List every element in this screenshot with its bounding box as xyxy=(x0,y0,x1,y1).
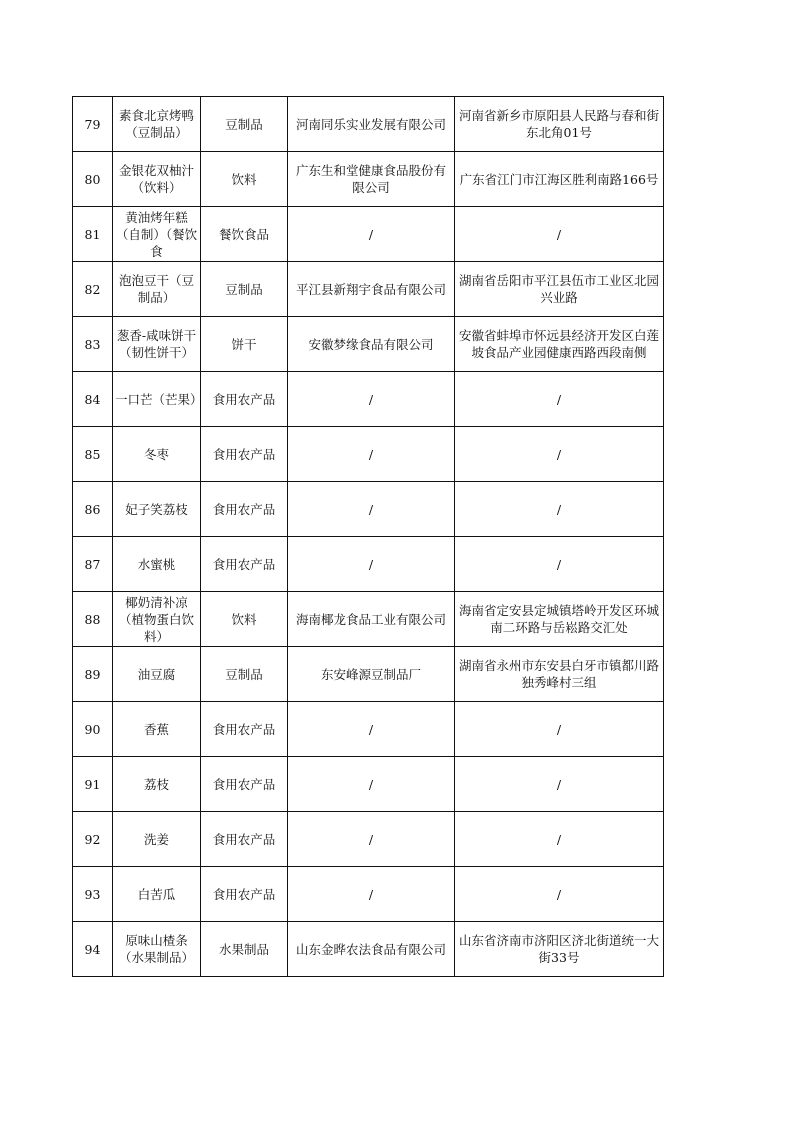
cell-food-category: 食用农产品 xyxy=(201,372,288,427)
cell-serial-number: 84 xyxy=(73,372,113,427)
cell-food-category: 食用农产品 xyxy=(201,537,288,592)
cell-manufacturer-address: 山东省济南市济阳区济北街道统一大街33号 xyxy=(455,922,664,977)
table-row: 86 妃子笑荔枝 食用农产品 / / xyxy=(73,482,664,537)
cell-food-name: 金银花双柚汁（饮料） xyxy=(113,152,201,207)
cell-food-category: 食用农产品 xyxy=(201,482,288,537)
table-row: 94 原味山楂条（水果制品） 水果制品 山东金晔农法食品有限公司 山东省济南市济… xyxy=(73,922,664,977)
cell-manufacturer: 东安峰源豆制品厂 xyxy=(288,647,455,702)
cell-manufacturer-address: 广东省江门市江海区胜利南路166号 xyxy=(455,152,664,207)
cell-food-name: 水蜜桃 xyxy=(113,537,201,592)
table-row: 93 白苦瓜 食用农产品 / / xyxy=(73,867,664,922)
cell-manufacturer-address: / xyxy=(455,867,664,922)
cell-serial-number: 79 xyxy=(73,97,113,152)
cell-food-category: 餐饮食品 xyxy=(201,207,288,262)
cell-food-name: 洗姜 xyxy=(113,812,201,867)
cell-serial-number: 85 xyxy=(73,427,113,482)
cell-food-name: 黄油烤年糕（自制）（餐饮食 xyxy=(113,207,201,262)
cell-manufacturer-address: / xyxy=(455,537,664,592)
cell-manufacturer: / xyxy=(288,702,455,757)
cell-serial-number: 88 xyxy=(73,592,113,647)
table-row: 84 一口芒（芒果） 食用农产品 / / xyxy=(73,372,664,427)
cell-manufacturer: / xyxy=(288,812,455,867)
cell-serial-number: 91 xyxy=(73,757,113,812)
cell-serial-number: 94 xyxy=(73,922,113,977)
food-sampling-table: 79 素食北京烤鸭（豆制品） 豆制品 河南同乐实业发展有限公司 河南省新乡市原阳… xyxy=(72,96,664,977)
cell-food-name: 一口芒（芒果） xyxy=(113,372,201,427)
cell-serial-number: 87 xyxy=(73,537,113,592)
cell-food-name: 葱香-咸味饼干（韧性饼干） xyxy=(113,317,201,372)
table-row: 91 荔枝 食用农产品 / / xyxy=(73,757,664,812)
table-row: 87 水蜜桃 食用农产品 / / xyxy=(73,537,664,592)
table-body: 79 素食北京烤鸭（豆制品） 豆制品 河南同乐实业发展有限公司 河南省新乡市原阳… xyxy=(73,97,664,977)
cell-food-name: 荔枝 xyxy=(113,757,201,812)
cell-serial-number: 92 xyxy=(73,812,113,867)
cell-food-category: 水果制品 xyxy=(201,922,288,977)
table-row: 92 洗姜 食用农产品 / / xyxy=(73,812,664,867)
cell-food-name: 椰奶清补凉（植物蛋白饮料） xyxy=(113,592,201,647)
cell-food-category: 豆制品 xyxy=(201,97,288,152)
cell-food-name: 冬枣 xyxy=(113,427,201,482)
cell-manufacturer-address: / xyxy=(455,482,664,537)
cell-food-category: 饮料 xyxy=(201,592,288,647)
cell-food-category: 食用农产品 xyxy=(201,702,288,757)
table-row: 88 椰奶清补凉（植物蛋白饮料） 饮料 海南椰龙食品工业有限公司 海南省定安县定… xyxy=(73,592,664,647)
cell-food-name: 原味山楂条（水果制品） xyxy=(113,922,201,977)
table-row: 89 油豆腐 豆制品 东安峰源豆制品厂 湖南省永州市东安县白牙市镇都川路独秀峰村… xyxy=(73,647,664,702)
cell-food-category: 饮料 xyxy=(201,152,288,207)
cell-manufacturer-address: / xyxy=(455,207,664,262)
cell-serial-number: 93 xyxy=(73,867,113,922)
cell-serial-number: 83 xyxy=(73,317,113,372)
cell-food-category: 豆制品 xyxy=(201,262,288,317)
cell-food-category: 豆制品 xyxy=(201,647,288,702)
cell-manufacturer: / xyxy=(288,757,455,812)
table-row: 80 金银花双柚汁（饮料） 饮料 广东生和堂健康食品股份有限公司 广东省江门市江… xyxy=(73,152,664,207)
table-row: 83 葱香-咸味饼干（韧性饼干） 饼干 安徽梦缘食品有限公司 安徽省蚌埠市怀远县… xyxy=(73,317,664,372)
cell-manufacturer: 海南椰龙食品工业有限公司 xyxy=(288,592,455,647)
cell-food-category: 食用农产品 xyxy=(201,812,288,867)
table-row: 82 泡泡豆干（豆制品） 豆制品 平江县新翔宇食品有限公司 湖南省岳阳市平江县伍… xyxy=(73,262,664,317)
table-row: 85 冬枣 食用农产品 / / xyxy=(73,427,664,482)
cell-manufacturer: / xyxy=(288,482,455,537)
cell-food-category: 食用农产品 xyxy=(201,427,288,482)
cell-manufacturer: 广东生和堂健康食品股份有限公司 xyxy=(288,152,455,207)
cell-manufacturer: / xyxy=(288,427,455,482)
cell-food-name: 白苦瓜 xyxy=(113,867,201,922)
table-row: 81 黄油烤年糕（自制）（餐饮食 餐饮食品 / / xyxy=(73,207,664,262)
cell-food-name: 香蕉 xyxy=(113,702,201,757)
cell-manufacturer: 安徽梦缘食品有限公司 xyxy=(288,317,455,372)
cell-food-name: 妃子笑荔枝 xyxy=(113,482,201,537)
cell-serial-number: 90 xyxy=(73,702,113,757)
cell-manufacturer-address: 安徽省蚌埠市怀远县经济开发区白莲坡食品产业园健康西路西段南侧 xyxy=(455,317,664,372)
cell-manufacturer-address: / xyxy=(455,702,664,757)
cell-manufacturer: / xyxy=(288,867,455,922)
table-row: 90 香蕉 食用农产品 / / xyxy=(73,702,664,757)
cell-manufacturer: / xyxy=(288,372,455,427)
cell-manufacturer: 河南同乐实业发展有限公司 xyxy=(288,97,455,152)
cell-serial-number: 80 xyxy=(73,152,113,207)
cell-manufacturer: 山东金晔农法食品有限公司 xyxy=(288,922,455,977)
cell-manufacturer: / xyxy=(288,207,455,262)
cell-manufacturer-address: / xyxy=(455,372,664,427)
cell-serial-number: 86 xyxy=(73,482,113,537)
cell-manufacturer-address: 海南省定安县定城镇塔岭开发区环城南二环路与岳崧路交汇处 xyxy=(455,592,664,647)
cell-manufacturer: 平江县新翔宇食品有限公司 xyxy=(288,262,455,317)
cell-food-name: 油豆腐 xyxy=(113,647,201,702)
cell-serial-number: 89 xyxy=(73,647,113,702)
cell-food-category: 食用农产品 xyxy=(201,867,288,922)
table-row: 79 素食北京烤鸭（豆制品） 豆制品 河南同乐实业发展有限公司 河南省新乡市原阳… xyxy=(73,97,664,152)
cell-manufacturer-address: 湖南省岳阳市平江县伍市工业区北园兴业路 xyxy=(455,262,664,317)
cell-manufacturer: / xyxy=(288,537,455,592)
cell-manufacturer-address: / xyxy=(455,427,664,482)
cell-food-category: 食用农产品 xyxy=(201,757,288,812)
cell-manufacturer-address: / xyxy=(455,757,664,812)
cell-manufacturer-address: / xyxy=(455,812,664,867)
cell-food-name: 素食北京烤鸭（豆制品） xyxy=(113,97,201,152)
cell-manufacturer-address: 河南省新乡市原阳县人民路与春和街东北角01号 xyxy=(455,97,664,152)
cell-serial-number: 81 xyxy=(73,207,113,262)
cell-serial-number: 82 xyxy=(73,262,113,317)
cell-food-category: 饼干 xyxy=(201,317,288,372)
cell-manufacturer-address: 湖南省永州市东安县白牙市镇都川路独秀峰村三组 xyxy=(455,647,664,702)
cell-food-name: 泡泡豆干（豆制品） xyxy=(113,262,201,317)
